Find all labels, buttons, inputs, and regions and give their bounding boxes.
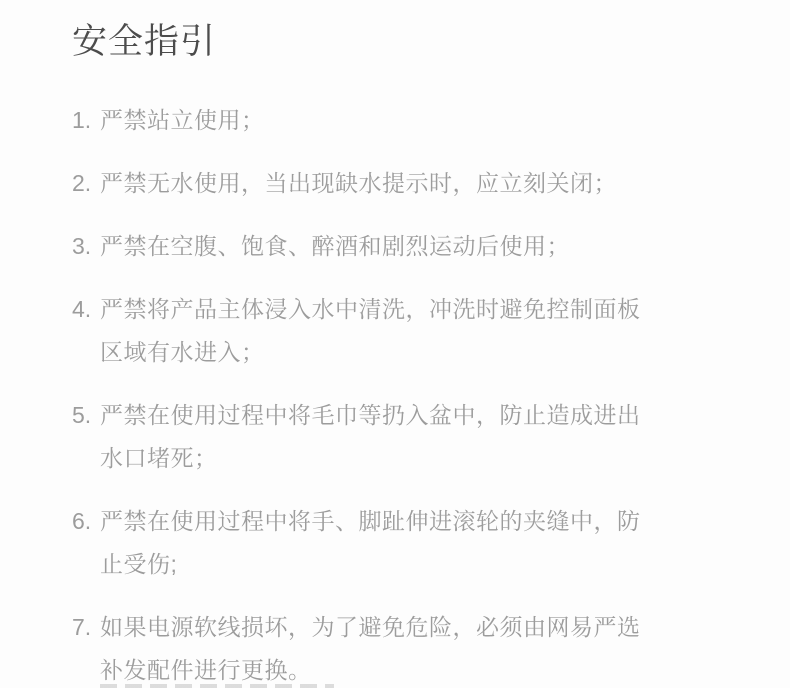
item-line: 严禁在空腹、饱食、醉酒和剧烈运动后使用； — [100, 225, 658, 268]
item-line: 严禁在使用过程中将手、脚趾伸进滚轮的夹缝中，防 — [100, 500, 658, 543]
item-text: 严禁站立使用； — [100, 99, 658, 142]
item-line: 区域有水进入； — [100, 331, 658, 374]
item-line: 严禁无水使用，当出现缺水提示时，应立刻关闭； — [100, 162, 658, 205]
page-title: 安全指引 — [72, 22, 730, 62]
item-number: 6. — [72, 500, 100, 543]
list-item: 2. 严禁无水使用，当出现缺水提示时，应立刻关闭； — [72, 162, 730, 205]
list-item: 6. 严禁在使用过程中将手、脚趾伸进滚轮的夹缝中，防 止受伤; — [72, 500, 730, 586]
item-text: 严禁在使用过程中将手、脚趾伸进滚轮的夹缝中，防 止受伤; — [100, 500, 658, 586]
item-number: 2. — [72, 162, 100, 205]
item-text: 如果电源软线损坏，为了避免危险，必须由网易严选 补发配件进行更换。 — [100, 606, 658, 688]
list-item: 4. 严禁将产品主体浸入水中清洗，冲洗时避免控制面板 区域有水进入； — [72, 288, 730, 374]
item-line: 严禁站立使用； — [100, 99, 658, 142]
item-line: 止受伤; — [100, 543, 658, 586]
item-line: 水口堵死； — [100, 437, 658, 480]
item-text: 严禁在使用过程中将毛巾等扔入盆中，防止造成进出 水口堵死； — [100, 394, 658, 480]
list-item: 1. 严禁站立使用； — [72, 99, 730, 142]
item-text: 严禁无水使用，当出现缺水提示时，应立刻关闭； — [100, 162, 658, 205]
item-line: 严禁将产品主体浸入水中清洗，冲洗时避免控制面板 — [100, 288, 658, 331]
safety-instruction-list: 1. 严禁站立使用； 2. 严禁无水使用，当出现缺水提示时，应立刻关闭； 3. … — [72, 99, 730, 688]
item-text: 严禁在空腹、饱食、醉酒和剧烈运动后使用； — [100, 225, 658, 268]
clipped-next-line — [100, 684, 334, 688]
list-item: 3. 严禁在空腹、饱食、醉酒和剧烈运动后使用； — [72, 225, 730, 268]
item-number: 4. — [72, 288, 100, 331]
item-line: 补发配件进行更换。 — [100, 649, 658, 688]
item-line: 严禁在使用过程中将毛巾等扔入盆中，防止造成进出 — [100, 394, 658, 437]
item-number: 3. — [72, 225, 100, 268]
item-line: 如果电源软线损坏，为了避免危险，必须由网易严选 — [100, 606, 658, 649]
item-number: 7. — [72, 606, 100, 649]
item-number: 5. — [72, 394, 100, 437]
item-text: 严禁将产品主体浸入水中清洗，冲洗时避免控制面板 区域有水进入； — [100, 288, 658, 374]
item-number: 1. — [72, 99, 100, 142]
list-item: 5. 严禁在使用过程中将毛巾等扔入盆中，防止造成进出 水口堵死； — [72, 394, 730, 480]
safety-guide-page: 安全指引 1. 严禁站立使用； 2. 严禁无水使用，当出现缺水提示时，应立刻关闭… — [0, 0, 790, 688]
list-item: 7. 如果电源软线损坏，为了避免危险，必须由网易严选 补发配件进行更换。 — [72, 606, 730, 688]
